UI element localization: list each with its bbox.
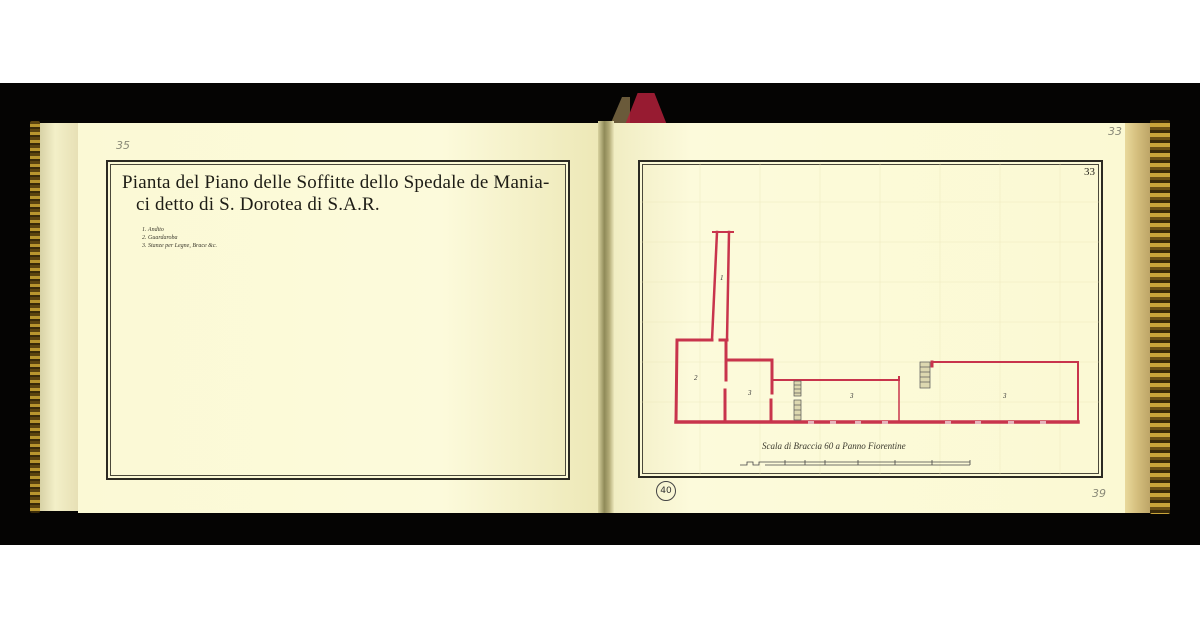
svg-text:3: 3 (1002, 392, 1007, 400)
title-frame: Pianta del Piano delle Soffitte dello Sp… (106, 160, 570, 480)
legend-item: 1. Andito (142, 226, 217, 234)
right-page: 33 33 (614, 123, 1125, 513)
legend-item: 2. Guardaroba (142, 234, 217, 242)
svg-text:3: 3 (747, 389, 752, 397)
scale-label: Scala di Braccia 60 a Panno Fiorentine (762, 441, 906, 451)
gilt-cover-edge-right (1150, 120, 1170, 514)
svg-text:1: 1 (720, 274, 724, 282)
page-block-left (40, 123, 78, 511)
red-ribbon-marker (625, 93, 667, 125)
svg-text:3: 3 (849, 392, 854, 400)
page-block-right (1125, 123, 1150, 513)
plan-frame: 33 (638, 160, 1103, 478)
title-line-2: ci detto di S. Dorotea di S.A.R. (122, 194, 562, 216)
left-page: 35 Pianta del Piano delle Soffitte dello… (78, 123, 598, 513)
circled-folio-number: 40 (656, 481, 676, 501)
book-gutter (598, 121, 614, 513)
floor-plan: 1 2 3 3 3 (640, 162, 1101, 476)
folio-number-left: 35 (116, 139, 130, 152)
folio-number-bottom: 39 (1092, 487, 1106, 500)
book-photograph: 35 Pianta del Piano delle Soffitte dello… (0, 83, 1200, 545)
svg-text:2: 2 (694, 374, 698, 382)
plate-title: Pianta del Piano delle Soffitte dello Sp… (122, 172, 562, 216)
folio-number-top: 33 (1108, 125, 1122, 138)
gilt-cover-edge-left (30, 121, 40, 513)
title-line-1: Pianta del Piano delle Soffitte dello Sp… (122, 172, 562, 194)
legend: 1. Andito 2. Guardaroba 3. Stanze per Le… (142, 226, 217, 250)
legend-item: 3. Stanze per Legne, Brace &c. (142, 242, 217, 250)
